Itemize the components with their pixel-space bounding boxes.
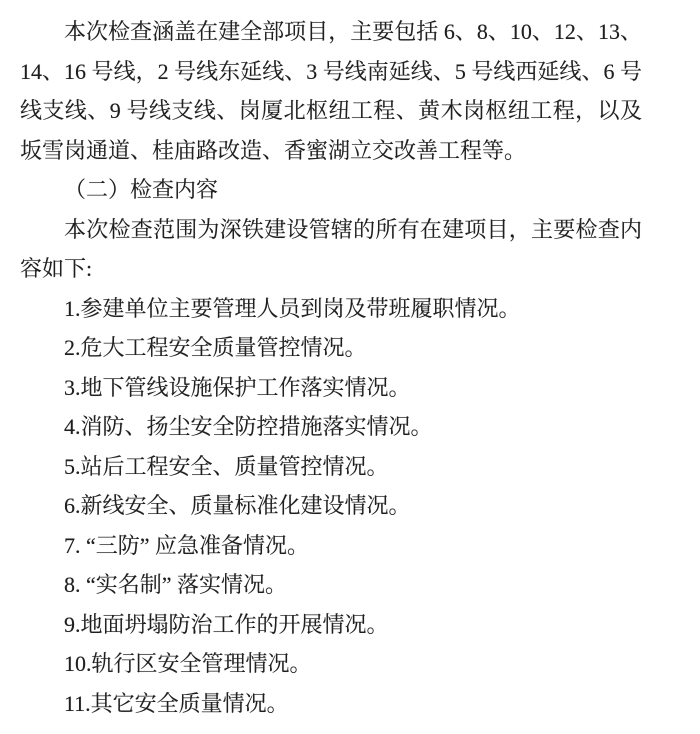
list-item-1: 1.参建单位主要管理人员到岗及带班履职情况。 xyxy=(20,289,642,329)
list-item-11: 11.其它安全质量情况。 xyxy=(20,684,642,724)
paragraph-scope-line-3: 线支线、9 号线支线、岗厦北枢纽工程、黄木岗枢纽工程，以及 xyxy=(20,91,642,131)
list-item-6: 6.新线安全、质量标准化建设情况。 xyxy=(20,486,642,526)
paragraph-scope-line-2: 14、16 号线，2 号线东延线、3 号线南延线、5 号线西延线、6 号 xyxy=(20,52,642,92)
list-item-3: 3.地下管线设施保护工作落实情况。 xyxy=(20,368,642,408)
section-heading: （二）检查内容 xyxy=(20,170,642,210)
list-item-7: 7. “三防” 应急准备情况。 xyxy=(20,526,642,566)
list-item-9: 9.地面坍塌防治工作的开展情况。 xyxy=(20,605,642,645)
list-item-4: 4.消防、扬尘安全防控措施落实情况。 xyxy=(20,407,642,447)
paragraph-intro-line-1: 本次检查范围为深铁建设管辖的所有在建项目，主要检查内 xyxy=(20,210,642,250)
list-item-5: 5.站后工程安全、质量管控情况。 xyxy=(20,447,642,487)
list-item-8: 8. “实名制” 落实情况。 xyxy=(20,565,642,605)
text-column: 本次检查涵盖在建全部项目，主要包括 6、8、10、12、13、 14、16 号线… xyxy=(20,12,642,723)
paragraph-scope-line-1: 本次检查涵盖在建全部项目，主要包括 6、8、10、12、13、 xyxy=(20,12,642,52)
list-item-2: 2.危大工程安全质量管控情况。 xyxy=(20,328,642,368)
paragraph-scope-line-4: 坂雪岗通道、桂庙路改造、香蜜湖立交改善工程等。 xyxy=(20,131,642,171)
paragraph-intro-line-2: 容如下: xyxy=(20,249,642,289)
list-item-10: 10.轨行区安全管理情况。 xyxy=(20,644,642,684)
document-page: 本次检查涵盖在建全部项目，主要包括 6、8、10、12、13、 14、16 号线… xyxy=(0,0,700,734)
